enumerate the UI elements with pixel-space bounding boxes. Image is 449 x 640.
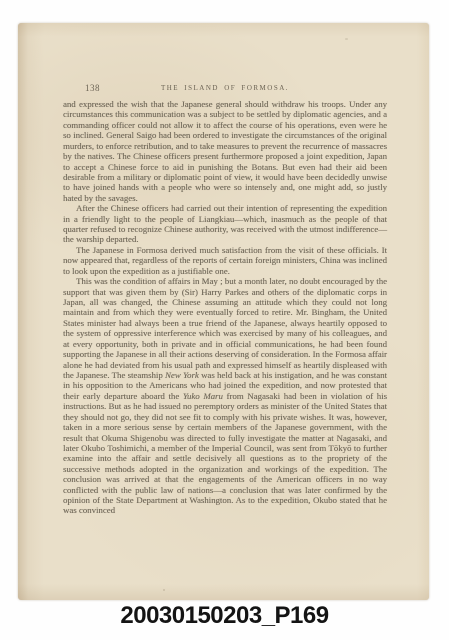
scan-speck [163, 589, 165, 591]
running-title: THE ISLAND OF FORMOSA. [63, 84, 387, 92]
paragraph-4-text: This was the condition of affairs in May… [63, 276, 387, 380]
page-header: 138 THE ISLAND OF FORMOSA. [63, 83, 387, 95]
paragraph-4: This was the condition of affairs in May… [63, 276, 387, 516]
ship-name-yuko-maru: Yuko Maru [183, 391, 223, 401]
paragraph-4-text: from Nagasaki had been in violation of h… [63, 391, 387, 516]
catalogue-id-label: 20030150203_P169 [0, 602, 449, 630]
scan-backdrop: 138 THE ISLAND OF FORMOSA. and expressed… [0, 0, 449, 640]
page-body: and expressed the wish that the Japanese… [63, 99, 387, 516]
paragraph-3: The Japanese in Formosa derived much sat… [63, 245, 387, 276]
scan-speck [345, 38, 348, 40]
paragraph-1: and expressed the wish that the Japanese… [63, 99, 387, 203]
paragraph-2: After the Chinese officers had carried o… [63, 203, 387, 245]
book-page: 138 THE ISLAND OF FORMOSA. and expressed… [18, 23, 429, 600]
ship-name-new-york: New York [165, 370, 199, 380]
